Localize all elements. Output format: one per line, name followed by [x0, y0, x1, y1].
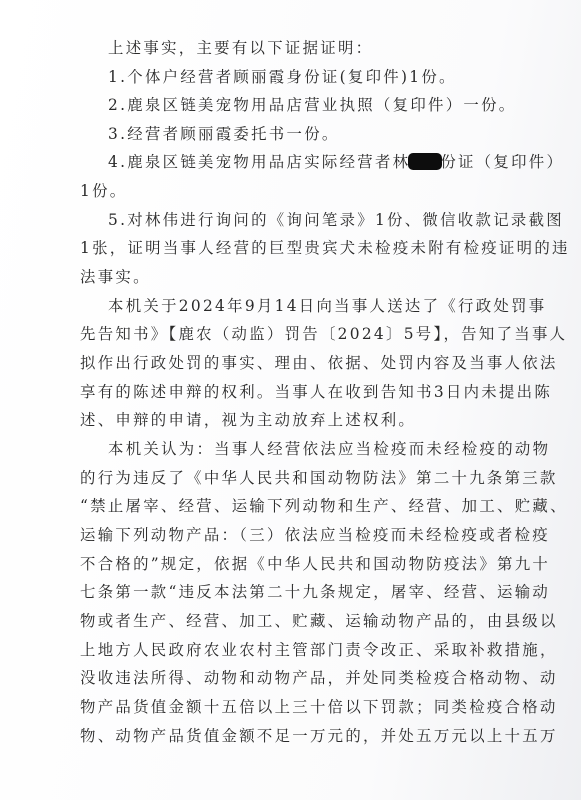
line-text: 法事实。: [80, 268, 151, 286]
line-text: 七条第一款“违反本法第二十九条规定，屠宰、经营、运输动: [80, 583, 550, 601]
document-line: 不合格的”规定，依据《中华人民共和国动物防疫法》第九十: [80, 554, 550, 574]
line-text: 不合格的”规定，依据《中华人民共和国动物防疫法》第九十: [80, 555, 550, 573]
line-text: 没收违法所得、动物和动物产品，并处同类检疫合格动物、动: [80, 669, 558, 687]
document-line: 没收违法所得、动物和动物产品，并处同类检疫合格动物、动: [80, 668, 558, 688]
document-line: 上述事实，主要有以下证据证明：: [108, 38, 373, 58]
line-text: 拟作出行政处罚的事实、理由、依据、处罚内容及当事人依法: [80, 354, 558, 372]
document-line: 本机关认为：当事人经营依法应当检疫而未经检疫的动物: [108, 439, 550, 459]
document-line: 2.鹿泉区链美宠物用品店营业执照（复印件）一份。: [108, 95, 516, 115]
line-text: 上地方人民政府农业农村主管部门责令改正、采取补救措施，: [80, 641, 558, 659]
line-text: 1份。: [80, 182, 127, 200]
document-line: 1张，证明当事人经营的巨型贵宾犬未检疫未附有检疫证明的违: [80, 238, 570, 258]
line-text: 5.对林伟进行询问的《询问笔录》1份、微信收款记录截图: [108, 211, 564, 229]
document-line: 1份。: [80, 181, 127, 201]
line-text: 物、动物产品货值金额不足一万元的，并处五万元以上十五万: [80, 727, 558, 745]
line-text: “禁止屠宰、经营、运输下列动物和生产、经营、加工、贮藏、: [80, 497, 568, 515]
line-text: 述、申辩的申请，视为主动放弃上述权利。: [80, 411, 416, 429]
document-line: 5.对林伟进行询问的《询问笔录》1份、微信收款记录截图: [108, 210, 564, 230]
line-text: 的行为违反了《中华人民共和国动物防法》第二十九条第三款: [80, 469, 558, 487]
document-line: 享有的陈述申辩的权利。当事人在收到告知书3日内未提出陈: [80, 382, 552, 402]
line-text: 先告知书》【鹿农（动监）罚告〔2024〕5号】，告知了当事人: [80, 325, 567, 343]
document-line: 运输下列动物产品：（三）依法应当检疫而未经检疫或者检疫: [80, 525, 550, 545]
document-line: 先告知书》【鹿农（动监）罚告〔2024〕5号】，告知了当事人: [80, 324, 567, 344]
document-line: 法事实。: [80, 267, 151, 287]
document-line: 物、动物产品货值金额不足一万元的，并处五万元以上十五万: [80, 726, 558, 746]
line-text: 物或者生产、经营、加工、贮藏、运输动物产品的，由县级以: [80, 612, 558, 630]
document-line: 物产品货值金额十五倍以上三十倍以下罚款；同类检疫合格动: [80, 697, 558, 717]
document-line: 1.个体户经营者顾丽霞身份证(复印件)1份。: [108, 67, 457, 87]
document-line: 述、申辩的申请，视为主动放弃上述权利。: [80, 410, 416, 430]
line-text: 1.个体户经营者顾丽霞身份证(复印件)1份。: [108, 68, 457, 86]
document-page: 上述事实，主要有以下证据证明：1.个体户经营者顾丽霞身份证(复印件)1份。2.鹿…: [0, 0, 581, 800]
document-line: 4.鹿泉区链美宠物用品店实际经营者林份证（复印件）: [108, 152, 564, 172]
line-text: 1张，证明当事人经营的巨型贵宾犬未检疫未附有检疫证明的违: [80, 239, 570, 257]
line-text: 2.鹿泉区链美宠物用品店营业执照（复印件）一份。: [108, 96, 516, 114]
document-line: 上地方人民政府农业农村主管部门责令改正、采取补救措施，: [80, 640, 558, 660]
document-line: 本机关于2024年9月14日向当事人送达了《行政处罚事: [108, 296, 546, 316]
document-line: “禁止屠宰、经营、运输下列动物和生产、经营、加工、贮藏、: [80, 496, 568, 516]
document-line: 物或者生产、经营、加工、贮藏、运输动物产品的，由县级以: [80, 611, 558, 631]
document-line: 的行为违反了《中华人民共和国动物防法》第二十九条第三款: [80, 468, 558, 488]
line-text-after-redaction: 份证（复印件）: [440, 153, 564, 171]
line-text: 4.鹿泉区链美宠物用品店实际经营者林: [108, 153, 410, 171]
document-line: 3.经营者顾丽霞委托书一份。: [108, 124, 340, 144]
line-text: 3.经营者顾丽霞委托书一份。: [108, 125, 340, 143]
line-text: 享有的陈述申辩的权利。当事人在收到告知书3日内未提出陈: [80, 383, 552, 401]
line-text: 上述事实，主要有以下证据证明：: [108, 39, 373, 57]
line-text: 物产品货值金额十五倍以上三十倍以下罚款；同类检疫合格动: [80, 698, 558, 716]
line-text: 本机关于2024年9月14日向当事人送达了《行政处罚事: [108, 297, 546, 315]
document-line: 七条第一款“违反本法第二十九条规定，屠宰、经营、运输动: [80, 582, 550, 602]
line-text: 本机关认为：当事人经营依法应当检疫而未经检疫的动物: [108, 440, 550, 458]
redaction-mark: [408, 153, 442, 170]
line-text: 运输下列动物产品：（三）依法应当检疫而未经检疫或者检疫: [80, 526, 550, 544]
document-line: 拟作出行政处罚的事实、理由、依据、处罚内容及当事人依法: [80, 353, 558, 373]
